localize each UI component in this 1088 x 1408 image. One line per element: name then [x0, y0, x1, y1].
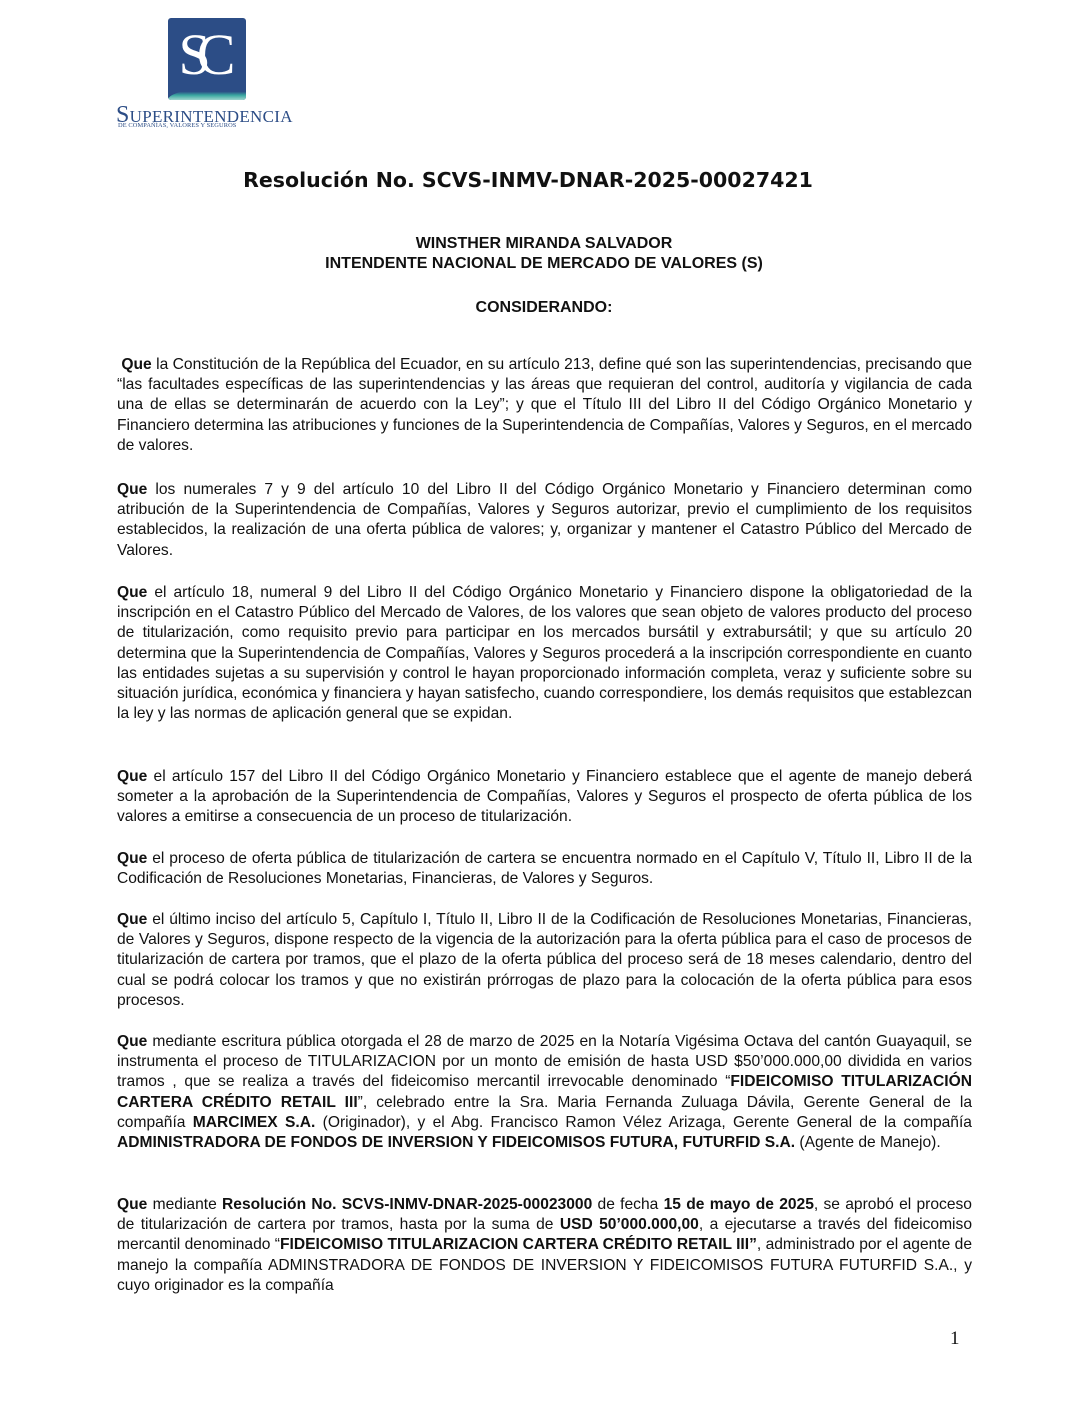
document-title: Resolución No. SCVS-INMV-DNAR-2025-00027… [0, 168, 1056, 192]
considerando-paragraph: Que mediante escritura pública otorgada … [117, 1032, 972, 1153]
signer-role: INTENDENTE NACIONAL DE MERCADO DE VALORE… [0, 254, 1088, 273]
considerando-paragraph: Que mediante Resolución No. SCVS-INMV-DN… [117, 1195, 972, 1296]
considerando-paragraph: Que los numerales 7 y 9 del artículo 10 … [117, 480, 972, 561]
considerando-paragraph: Que el proceso de oferta pública de titu… [117, 849, 972, 889]
page-number: 1 [950, 1328, 960, 1350]
considerando-paragraph: Que el artículo 18, numeral 9 del Libro … [117, 583, 972, 724]
section-heading: CONSIDERANDO: [0, 298, 1088, 317]
considerando-paragraph: Que el artículo 157 del Libro II del Cód… [117, 767, 972, 828]
considerando-paragraph: Que el último inciso del artículo 5, Cap… [117, 910, 972, 1011]
superintendencia-logo: SC SUPERINTENDENCIA DE COMPAÑÍAS, VALORE… [116, 18, 302, 130]
sc-monogram-icon: SC [168, 18, 246, 100]
signer-name: WINSTHER MIRANDA SALVADOR [0, 234, 1088, 253]
logo-subtitle: DE COMPAÑÍAS, VALORES Y SEGUROS [118, 122, 304, 129]
considerando-paragraph: Que la Constitución de la República del … [117, 355, 972, 456]
document-page: SC SUPERINTENDENCIA DE COMPAÑÍAS, VALORE… [0, 0, 1088, 1408]
logo-monogram: SC [168, 20, 246, 90]
